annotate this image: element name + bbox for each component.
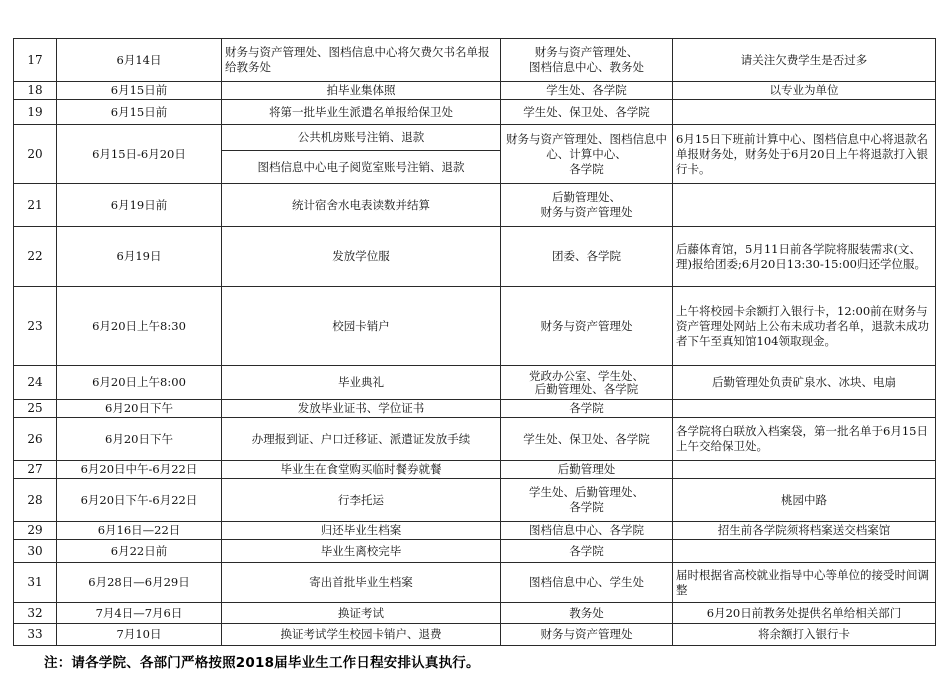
dept-cell: 各学院	[501, 400, 673, 418]
row-number: 17	[14, 39, 57, 82]
table-row: 32 7月4日—7月6日 换证考试 教务处 6月20日前教务处提供名单给相关部门	[14, 603, 936, 624]
row-number: 26	[14, 418, 57, 461]
table-row: 28 6月20日下午-6月22日 行李托运 学生处、后勤管理处、 各学院 桃园中…	[14, 479, 936, 522]
row-number: 19	[14, 100, 57, 125]
task-cell: 换证考试学生校园卡销户、退费	[222, 624, 501, 646]
row-number: 20	[14, 125, 57, 184]
date-cell: 6月20日下午	[57, 400, 222, 418]
note-cell: 6月20日前教务处提供名单给相关部门	[673, 603, 936, 624]
task-cell: 毕业生离校完毕	[222, 540, 501, 563]
schedule-table: 17 6月14日 财务与资产管理处、图档信息中心将欠费欠书名单报给教务处 财务与…	[13, 38, 936, 646]
task-cell: 统计宿舍水电表读数并结算	[222, 184, 501, 227]
date-cell: 6月19日前	[57, 184, 222, 227]
dept-cell: 财务与资产管理处、 图档信息中心、教务处	[501, 39, 673, 82]
note-cell	[673, 100, 936, 125]
table-row: 21 6月19日前 统计宿舍水电表读数并结算 后勤管理处、 财务与资产管理处	[14, 184, 936, 227]
note-cell	[673, 400, 936, 418]
row-number: 25	[14, 400, 57, 418]
date-cell: 6月15日前	[57, 100, 222, 125]
task-cell: 归还毕业生档案	[222, 522, 501, 540]
table-row: 30 6月22日前 毕业生离校完毕 各学院	[14, 540, 936, 563]
dept-cell: 后勤管理处、 财务与资产管理处	[501, 184, 673, 227]
dept-cell: 图档信息中心、学生处	[501, 563, 673, 603]
task-cell: 毕业生在食堂购买临时餐券就餐	[222, 461, 501, 479]
table-row: 31 6月28日—6月29日 寄出首批毕业生档案 图档信息中心、学生处 届时根据…	[14, 563, 936, 603]
dept-cell: 财务与资产管理处	[501, 624, 673, 646]
task-cell: 校园卡销户	[222, 287, 501, 366]
task-cell: 办理报到证、户口迁移证、派遣证发放手续	[222, 418, 501, 461]
date-cell: 6月28日—6月29日	[57, 563, 222, 603]
row-number: 28	[14, 479, 57, 522]
date-cell: 6月20日下午-6月22日	[57, 479, 222, 522]
date-cell: 6月15日-6月20日	[57, 125, 222, 184]
table-row: 24 6月20日上午8:00 毕业典礼 党政办公室、学生处、 后勤管理处、各学院…	[14, 366, 936, 400]
note-cell: 请关注欠费学生是否过多	[673, 39, 936, 82]
note-cell: 各学院将白联放入档案袋，第一批名单于6月15日上午交给保卫处。	[673, 418, 936, 461]
note-cell	[673, 540, 936, 563]
date-cell: 6月19日	[57, 227, 222, 287]
table-row: 33 7月10日 换证考试学生校园卡销户、退费 财务与资产管理处 将余额打入银行…	[14, 624, 936, 646]
note-cell: 桃园中路	[673, 479, 936, 522]
note-cell: 招生前各学院须将档案送交档案馆	[673, 522, 936, 540]
date-cell: 6月16日—22日	[57, 522, 222, 540]
row-number: 18	[14, 82, 57, 100]
date-cell: 6月20日上午8:30	[57, 287, 222, 366]
row-number: 21	[14, 184, 57, 227]
date-cell: 6月22日前	[57, 540, 222, 563]
dept-cell: 团委、各学院	[501, 227, 673, 287]
table-row: 29 6月16日—22日 归还毕业生档案 图档信息中心、各学院 招生前各学院须将…	[14, 522, 936, 540]
note-cell: 后藤体育馆，5月11日前各学院将服装需求(文、理)报给团委;6月20日13:30…	[673, 227, 936, 287]
note-cell: 将余额打入银行卡	[673, 624, 936, 646]
dept-cell: 各学院	[501, 540, 673, 563]
row-number: 22	[14, 227, 57, 287]
note-cell: 届时根据省高校就业指导中心等单位的接受时间调整	[673, 563, 936, 603]
task-cell: 拍毕业集体照	[222, 82, 501, 100]
dept-cell: 财务与资产管理处	[501, 287, 673, 366]
task-cell: 换证考试	[222, 603, 501, 624]
table-row: 22 6月19日 发放学位服 团委、各学院 后藤体育馆，5月11日前各学院将服装…	[14, 227, 936, 287]
task-cell: 公共机房账号注销、退款	[222, 125, 501, 151]
date-cell: 6月20日上午8:00	[57, 366, 222, 400]
dept-cell: 图档信息中心、各学院	[501, 522, 673, 540]
date-cell: 6月14日	[57, 39, 222, 82]
date-cell: 6月20日中午-6月22日	[57, 461, 222, 479]
footer-note: 注：请各学院、各部门严格按照2018届毕业生工作日程安排认真执行。	[44, 651, 480, 671]
note-cell: 以专业为单位	[673, 82, 936, 100]
table-row: 23 6月20日上午8:30 校园卡销户 财务与资产管理处 上午将校园卡余额打入…	[14, 287, 936, 366]
note-cell	[673, 184, 936, 227]
row-number: 32	[14, 603, 57, 624]
note-cell: 上午将校园卡余额打入银行卡，12:00前在财务与资产管理处网站上公布未成功者名单…	[673, 287, 936, 366]
dept-cell: 学生处、保卫处、各学院	[501, 100, 673, 125]
dept-cell: 后勤管理处	[501, 461, 673, 479]
row-number: 31	[14, 563, 57, 603]
date-cell: 7月4日—7月6日	[57, 603, 222, 624]
dept-cell: 财务与资产管理处、图档信息中心、计算中心、 各学院	[501, 125, 673, 184]
row-number: 33	[14, 624, 57, 646]
row-number: 24	[14, 366, 57, 400]
table-row: 25 6月20日下午 发放毕业证书、学位证书 各学院	[14, 400, 936, 418]
task-cell: 发放毕业证书、学位证书	[222, 400, 501, 418]
date-cell: 6月15日前	[57, 82, 222, 100]
row-number: 30	[14, 540, 57, 563]
note-cell: 后勤管理处负责矿泉水、冰块、电扇	[673, 366, 936, 400]
table-row: 19 6月15日前 将第一批毕业生派遣名单报给保卫处 学生处、保卫处、各学院	[14, 100, 936, 125]
date-cell: 7月10日	[57, 624, 222, 646]
task-cell: 图档信息中心电子阅览室账号注销、退款	[222, 151, 501, 184]
table-row: 27 6月20日中午-6月22日 毕业生在食堂购买临时餐券就餐 后勤管理处	[14, 461, 936, 479]
dept-cell: 学生处、后勤管理处、 各学院	[501, 479, 673, 522]
dept-cell: 党政办公室、学生处、 后勤管理处、各学院	[501, 366, 673, 400]
table-row: 18 6月15日前 拍毕业集体照 学生处、各学院 以专业为单位	[14, 82, 936, 100]
row-number: 23	[14, 287, 57, 366]
task-cell: 将第一批毕业生派遣名单报给保卫处	[222, 100, 501, 125]
task-cell: 寄出首批毕业生档案	[222, 563, 501, 603]
dept-cell: 学生处、保卫处、各学院	[501, 418, 673, 461]
date-cell: 6月20日下午	[57, 418, 222, 461]
task-cell: 毕业典礼	[222, 366, 501, 400]
note-cell	[673, 461, 936, 479]
table-row: 20 6月15日-6月20日 公共机房账号注销、退款 财务与资产管理处、图档信息…	[14, 125, 936, 151]
dept-cell: 教务处	[501, 603, 673, 624]
task-cell: 财务与资产管理处、图档信息中心将欠费欠书名单报给教务处	[222, 39, 501, 82]
task-cell: 行李托运	[222, 479, 501, 522]
table-row: 17 6月14日 财务与资产管理处、图档信息中心将欠费欠书名单报给教务处 财务与…	[14, 39, 936, 82]
row-number: 27	[14, 461, 57, 479]
note-cell: 6月15日下班前计算中心、图档信息中心将退款名单报财务处，财务处于6月20日上午…	[673, 125, 936, 184]
row-number: 29	[14, 522, 57, 540]
task-cell: 发放学位服	[222, 227, 501, 287]
table-row: 26 6月20日下午 办理报到证、户口迁移证、派遣证发放手续 学生处、保卫处、各…	[14, 418, 936, 461]
dept-cell: 学生处、各学院	[501, 82, 673, 100]
